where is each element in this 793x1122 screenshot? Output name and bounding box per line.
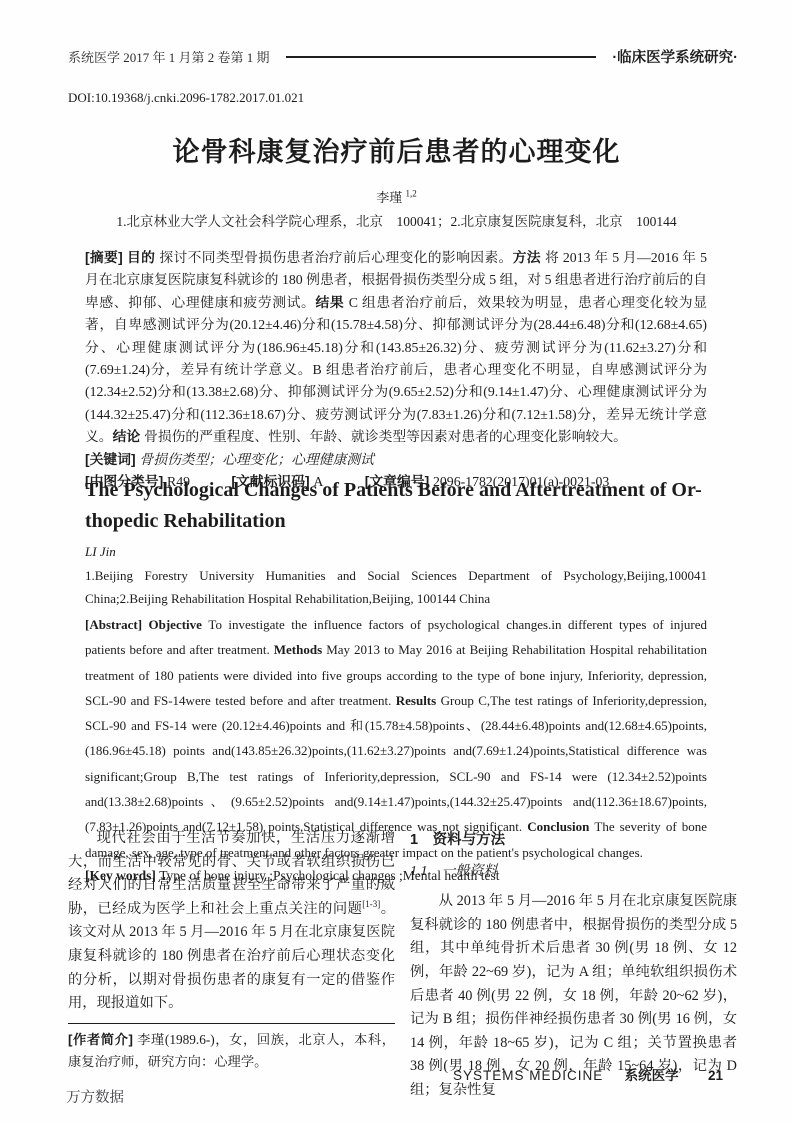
- article-title-en-line1: The Psychological Changes of Patients Be…: [85, 475, 707, 506]
- affiliation-cn: 1.北京林业大学人文社会科学院心理系，北京 100041；2.北京康复医院康复科…: [0, 210, 793, 230]
- right-column: 1 资料与方法 1.1 一般资料 从 2013 年 5 月—2016 年 5 月…: [410, 827, 737, 1103]
- left-column: 现代社会由于生活节奏加快，生活压力逐渐增大，而生活中较常见的骨、关节或者软组织损…: [68, 827, 395, 1103]
- wanfang-watermark: 万方数据: [66, 1086, 124, 1107]
- header-divider-line: [286, 56, 597, 58]
- intro-paragraph: 现代社会由于生活节奏加快，生活压力逐渐增大，而生活中较常见的骨、关节或者软组织损…: [68, 827, 395, 1016]
- front-matter-cn: [摘要] 目的 探讨不同类型骨损伤患者治疗前后心理变化的影响因素。方法 将 20…: [85, 247, 707, 493]
- subsection-heading-1-1: 1.1 一般资料: [410, 860, 737, 884]
- page-number: 21: [708, 1068, 723, 1083]
- affiliation-en: 1.Beijing Forestry University Humanities…: [85, 564, 707, 610]
- body-columns: 现代社会由于生活节奏加快，生活压力逐渐增大，而生活中较常见的骨、关节或者软组织损…: [68, 827, 738, 1103]
- author-bio-footnote: [作者简介] 李瑾(1989.6-)，女，回族，北京人，本科，康复治疗师，研究方…: [68, 1023, 395, 1074]
- footer-journal-name-en: SYSTEMS MEDICINE: [453, 1068, 603, 1083]
- doi-line: DOI:10.19368/j.cnki.2096-1782.2017.01.02…: [68, 90, 304, 106]
- article-title-en-line2: thopedic Rehabilitation: [85, 506, 707, 537]
- section-heading-1: 1 资料与方法: [410, 829, 737, 853]
- abstract-cn: [摘要] 目的 探讨不同类型骨损伤患者治疗前后心理变化的影响因素。方法 将 20…: [85, 247, 707, 449]
- journal-issue-info: 系统医学 2017 年 1 月第 2 卷第 1 期: [68, 47, 270, 66]
- author-name-cn: 李瑾 1,2: [0, 187, 793, 206]
- article-title-en: The Psychological Changes of Patients Be…: [85, 475, 707, 537]
- page-footer: SYSTEMS MEDICINE 系统医学 21: [453, 1064, 723, 1084]
- keywords-cn: [关键词] 骨损伤类型；心理变化；心理健康测试: [85, 449, 707, 471]
- author-name-en: LI Jin: [85, 544, 707, 560]
- page-header: 系统医学 2017 年 1 月第 2 卷第 1 期 ·临床医学系统研究·: [68, 46, 738, 67]
- journal-section-label: ·临床医学系统研究·: [612, 46, 738, 67]
- english-section: The Psychological Changes of Patients Be…: [85, 475, 707, 884]
- journal-page: 系统医学 2017 年 1 月第 2 卷第 1 期 ·临床医学系统研究· DOI…: [0, 0, 793, 1122]
- article-title-cn: 论骨科康复治疗前后患者的心理变化: [0, 130, 793, 169]
- footer-journal-name-cn: 系统医学: [625, 1068, 679, 1083]
